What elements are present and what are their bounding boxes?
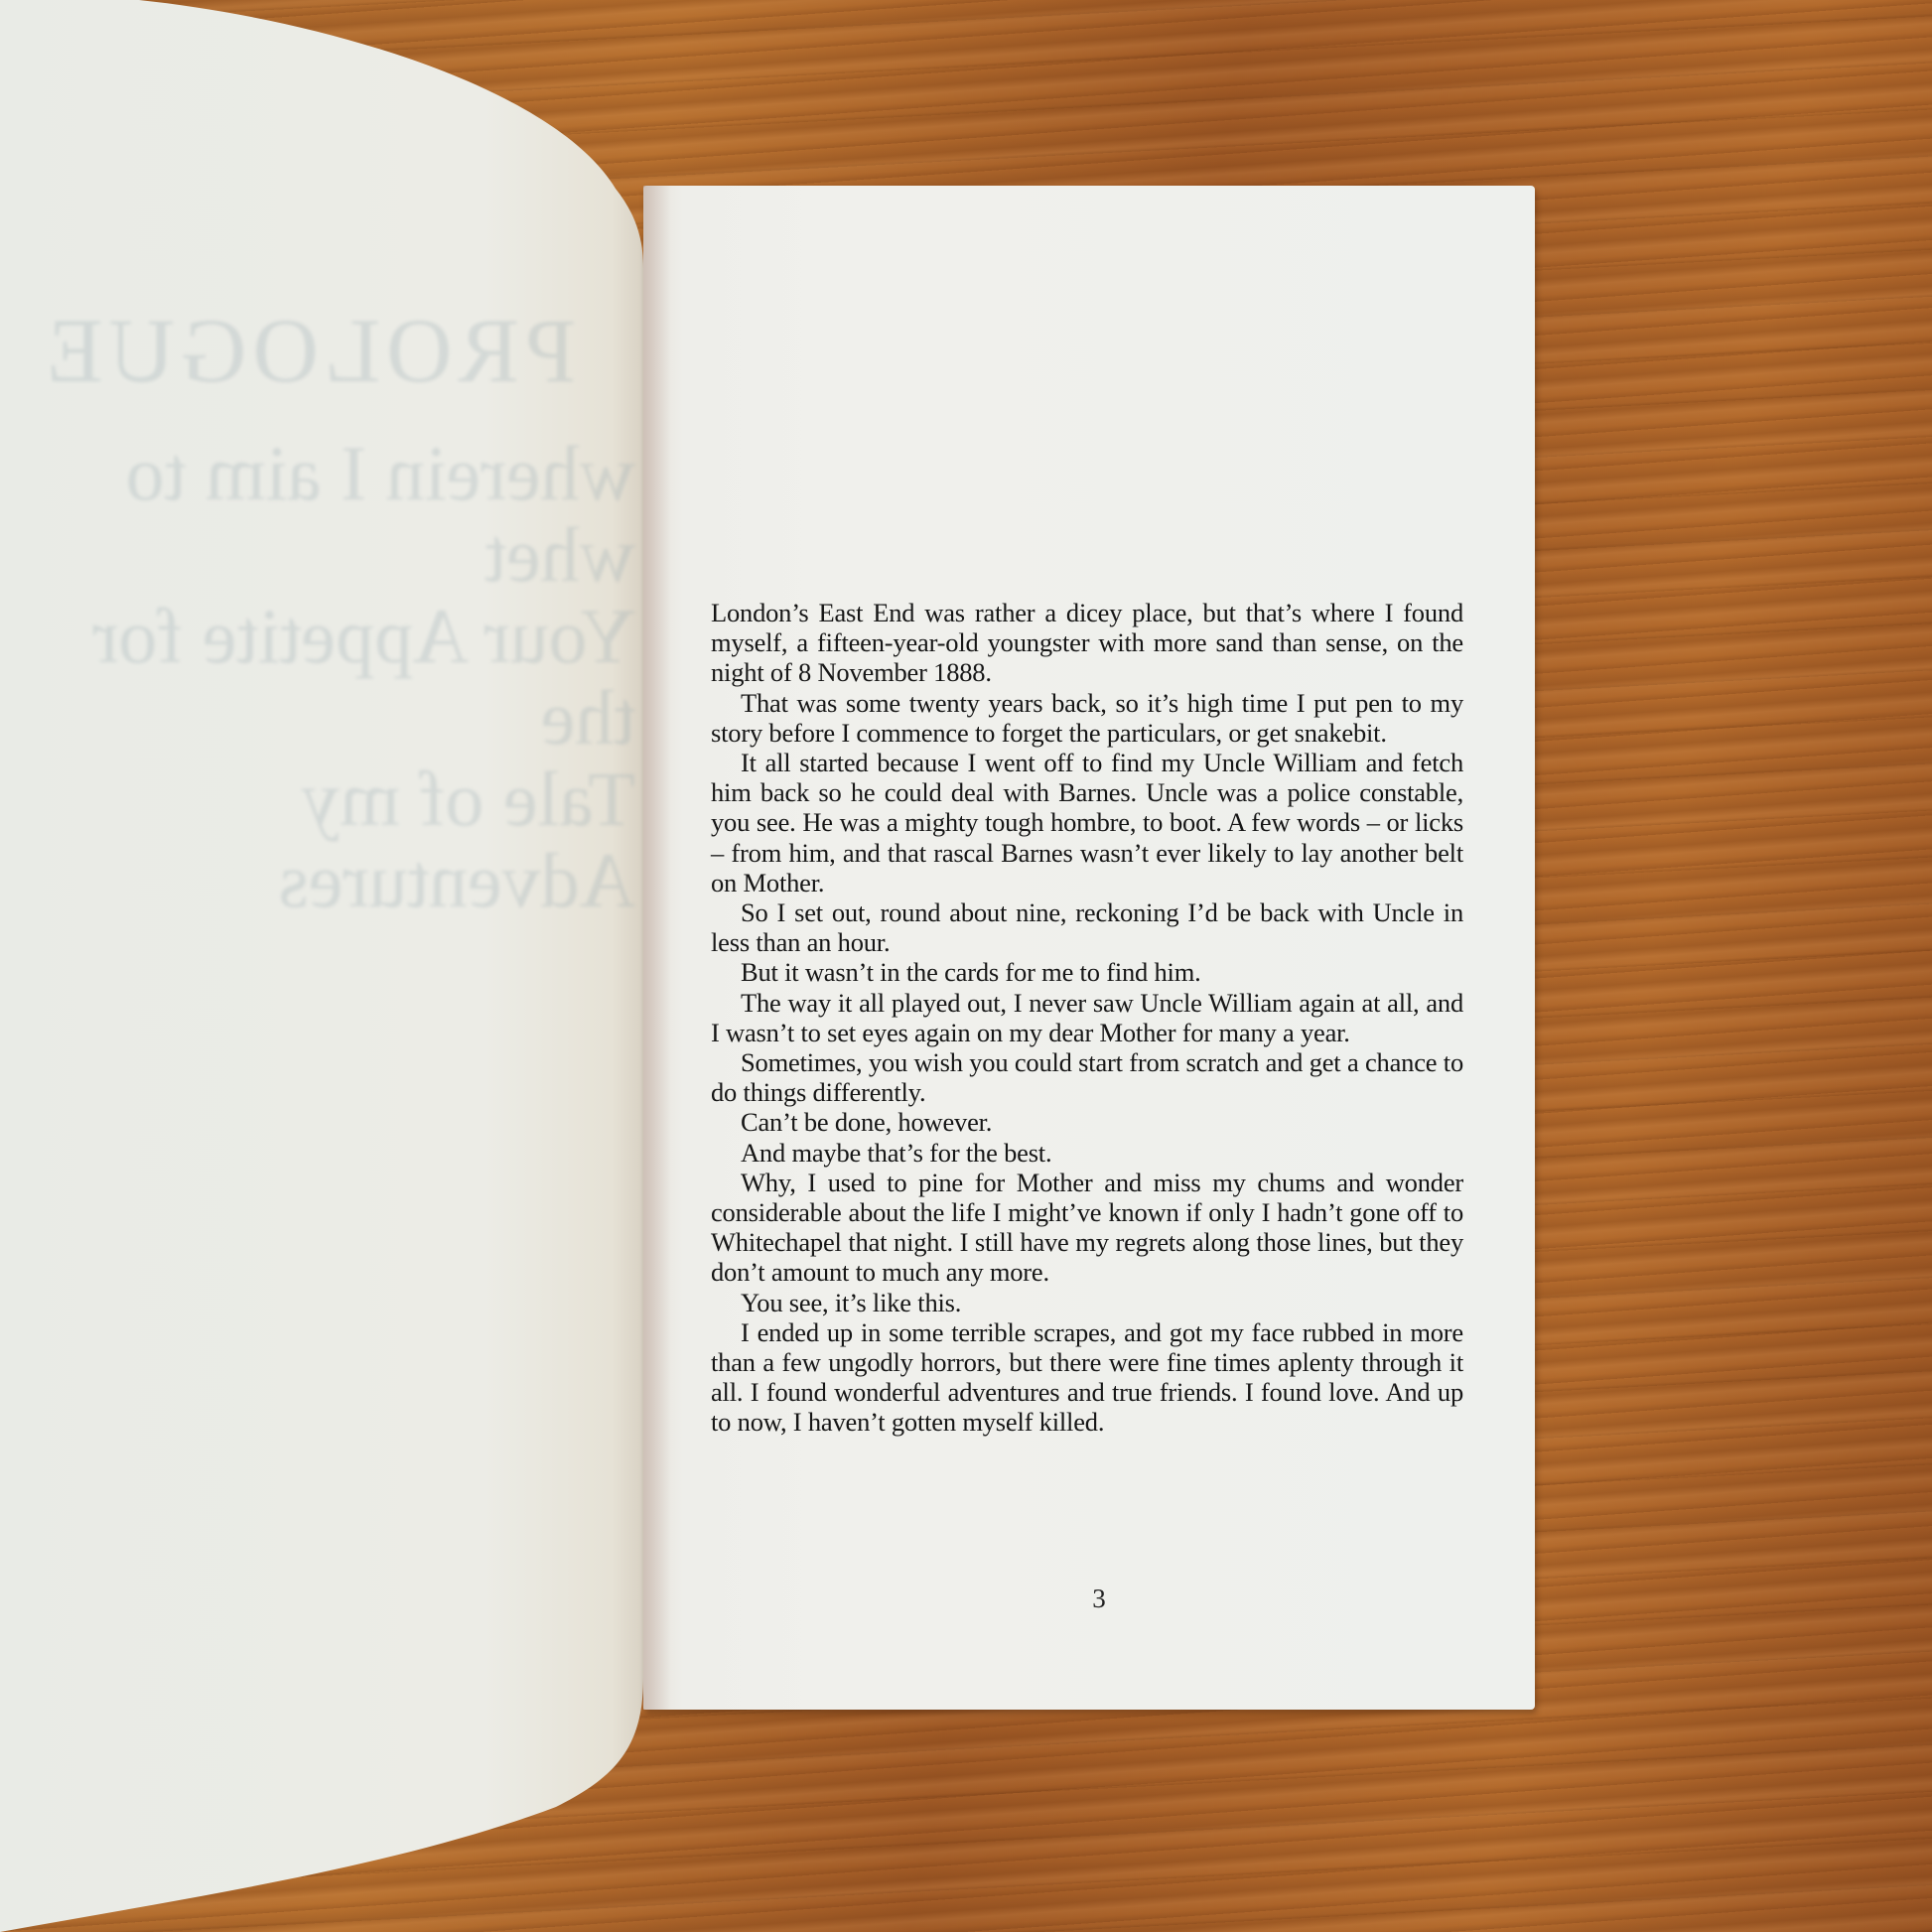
bleed-line: Tale of my Adventures bbox=[20, 759, 635, 921]
paragraph: I ended up in some terrible scrapes, and… bbox=[711, 1317, 1463, 1438]
right-page-bleed-through: ​ bbox=[713, 265, 1467, 293]
paragraph: Sometimes, you wish you could start from… bbox=[711, 1047, 1463, 1107]
paragraph: London’s East End was rather a dicey pla… bbox=[711, 598, 1463, 688]
bleed-line: Your Appetite for the bbox=[20, 596, 635, 759]
paragraph: Can’t be done, however. bbox=[711, 1107, 1463, 1137]
left-page-shape bbox=[0, 0, 655, 1932]
left-page: PROLOGUE wherein I aim to whet Your Appe… bbox=[0, 0, 655, 1932]
paragraph: It all started because I went off to fin… bbox=[711, 748, 1463, 897]
bleed-title: PROLOGUE bbox=[20, 298, 635, 403]
paragraph: So I set out, round about nine, reckonin… bbox=[711, 897, 1463, 957]
book-scene: PROLOGUE wherein I aim to whet Your Appe… bbox=[0, 0, 1932, 1932]
paragraph: You see, it’s like this. bbox=[711, 1288, 1463, 1317]
bleed-line: wherein I aim to whet bbox=[20, 433, 635, 596]
right-page: ​ London’s East End was rather a dicey p… bbox=[643, 186, 1535, 1710]
left-page-bleed-through: PROLOGUE wherein I aim to whet Your Appe… bbox=[20, 298, 635, 921]
paragraph: But it wasn’t in the cards for me to fin… bbox=[711, 957, 1463, 987]
paragraph: That was some twenty years back, so it’s… bbox=[711, 688, 1463, 748]
prologue-text: London’s East End was rather a dicey pla… bbox=[711, 598, 1463, 1438]
paragraph: The way it all played out, I never saw U… bbox=[711, 988, 1463, 1047]
page-number: 3 bbox=[643, 1584, 1545, 1614]
paragraph: Why, I used to pine for Mother and miss … bbox=[711, 1168, 1463, 1288]
paragraph: And maybe that’s for the best. bbox=[711, 1138, 1463, 1168]
